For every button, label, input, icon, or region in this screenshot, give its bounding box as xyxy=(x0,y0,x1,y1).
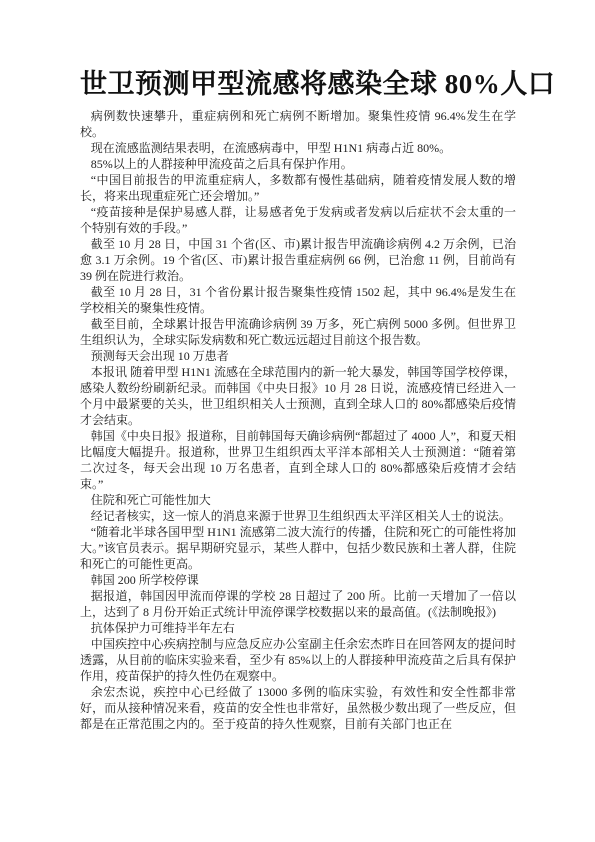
paragraph: 经记者核实，这一惊人的消息来源于世界卫生组织西太平洋区相关人士的说法。 xyxy=(80,508,516,524)
section-heading: 抗体保护力可维持半年左右 xyxy=(80,620,516,636)
paragraph: 本报讯 随着甲型 H1N1 流感在全球范围内的新一轮大暴发，韩国等国学校停课，感… xyxy=(80,364,516,428)
paragraph: 截至 10 月 28 日，中国 31 个省(区、市)累计报告甲流确诊病例 4.2… xyxy=(80,236,516,284)
section-heading: 预测每天会出现 10 万患者 xyxy=(80,348,516,364)
paragraph: 截至 10 月 28 日，31 个省份累计报告聚集性疫情 1502 起，其中 9… xyxy=(80,284,516,316)
paragraph: 韩国《中央日报》报道称，目前韩国每天确诊病例“都超过了 4000 人”，和夏天相… xyxy=(80,428,516,492)
section-heading: 住院和死亡可能性加大 xyxy=(80,492,516,508)
document-page: 世卫预测甲型流感将感染全球 80%人口 病例数快速攀升，重症病例和死亡病例不断增… xyxy=(0,0,595,842)
paragraph-quote: “疫苗接种是保护易感人群，让易感者免于发病或者发病以后症状不会太重的一个特别有效… xyxy=(80,204,516,236)
paragraph: 余宏杰说，疾控中心已经做了 13000 多例的临床实验，有效性和安全性都非常好，… xyxy=(80,684,516,732)
paragraph: 截至目前，全球累计报告甲流确诊病例 39 万多，死亡病例 5000 多例。但世界… xyxy=(80,316,516,348)
paragraph-quote: “随着北半球各国甲型 H1N1 流感第二波大流行的传播，住院和死亡的可能性将加大… xyxy=(80,524,516,572)
paragraph: 中国疾控中心疾病控制与应急反应办公室副主任余宏杰昨日在回答网友的提问时透露，从目… xyxy=(80,636,516,684)
article-body: 病例数快速攀升，重症病例和死亡病例不断增加。聚集性疫情 96.4%发生在学校。 … xyxy=(80,108,516,732)
paragraph-quote: “中国目前报告的甲流重症病人，多数都有慢性基础病，随着疫情发展人数的增长，将来出… xyxy=(80,172,516,204)
paragraph: 据报道，韩国因甲流而停课的学校 28 日超过了 200 所。比前一天增加了一倍以… xyxy=(80,588,516,620)
section-heading: 韩国 200 所学校停课 xyxy=(80,572,516,588)
paragraph: 现在流感监测结果表明，在流感病毒中，甲型 H1N1 病毒占近 80%。 xyxy=(80,140,516,156)
article-title: 世卫预测甲型流感将感染全球 80%人口 xyxy=(80,68,516,100)
paragraph: 病例数快速攀升，重症病例和死亡病例不断增加。聚集性疫情 96.4%发生在学校。 xyxy=(80,108,516,140)
paragraph: 85%以上的人群接种甲流疫苗之后具有保护作用。 xyxy=(80,156,516,172)
